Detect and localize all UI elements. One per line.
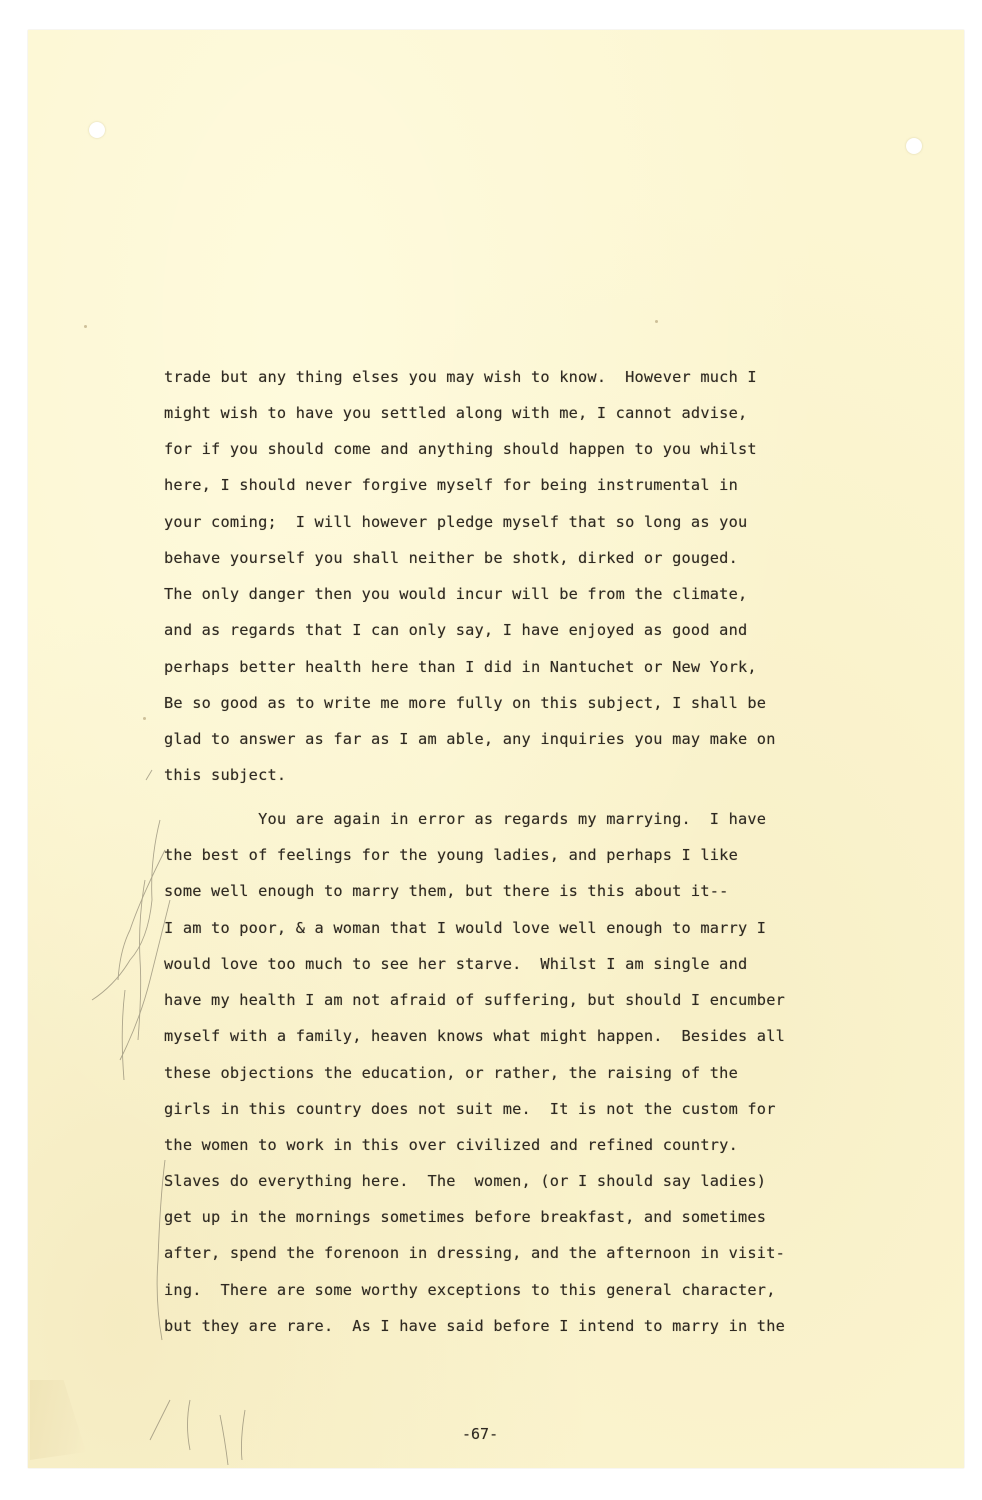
text-line: Be so good as to write me more fully on … xyxy=(164,692,766,714)
text-line: would love too much to see her starve. W… xyxy=(164,953,747,975)
text-line: the women to work in this over civilized… xyxy=(164,1134,738,1156)
text-line: and as regards that I can only say, I ha… xyxy=(164,619,747,641)
text-line: some well enough to marry them, but ther… xyxy=(164,880,729,902)
punch-hole-right xyxy=(906,138,922,154)
paper-speck xyxy=(655,320,658,323)
text-line: I am to poor, & a woman that I would lov… xyxy=(164,917,766,939)
paper-speck xyxy=(143,717,146,720)
text-line: ing. There are some worthy exceptions to… xyxy=(164,1279,776,1301)
text-line: have my health I am not afraid of suffer… xyxy=(164,989,785,1011)
text-line: might wish to have you settled along wit… xyxy=(164,402,747,424)
text-line: these objections the education, or rathe… xyxy=(164,1062,738,1084)
text-line: Slaves do everything here. The women, (o… xyxy=(164,1170,766,1192)
text-line: this subject. xyxy=(164,764,286,786)
text-line: for if you should come and anything shou… xyxy=(164,438,757,460)
text-line: behave yourself you shall neither be sho… xyxy=(164,547,738,569)
text-line: The only danger then you would incur wil… xyxy=(164,583,747,605)
text-line: myself with a family, heaven knows what … xyxy=(164,1025,785,1047)
text-line: trade but any thing elses you may wish t… xyxy=(164,366,757,388)
text-line: You are again in error as regards my mar… xyxy=(164,808,766,830)
page-number: -67- xyxy=(462,1425,498,1443)
text-line: girls in this country does not suit me. … xyxy=(164,1098,776,1120)
text-line: glad to answer as far as I am able, any … xyxy=(164,728,776,750)
text-line: here, I should never forgive myself for … xyxy=(164,474,738,496)
punch-hole-left xyxy=(89,122,105,138)
text-line: after, spend the forenoon in dressing, a… xyxy=(164,1242,785,1264)
text-line: perhaps better health here than I did in… xyxy=(164,656,757,678)
text-line: your coming; I will however pledge mysel… xyxy=(164,511,747,533)
text-line: but they are rare. As I have said before… xyxy=(164,1315,785,1337)
text-line: get up in the mornings sometimes before … xyxy=(164,1206,766,1228)
paper-speck xyxy=(84,325,87,328)
text-line: the best of feelings for the young ladie… xyxy=(164,844,738,866)
